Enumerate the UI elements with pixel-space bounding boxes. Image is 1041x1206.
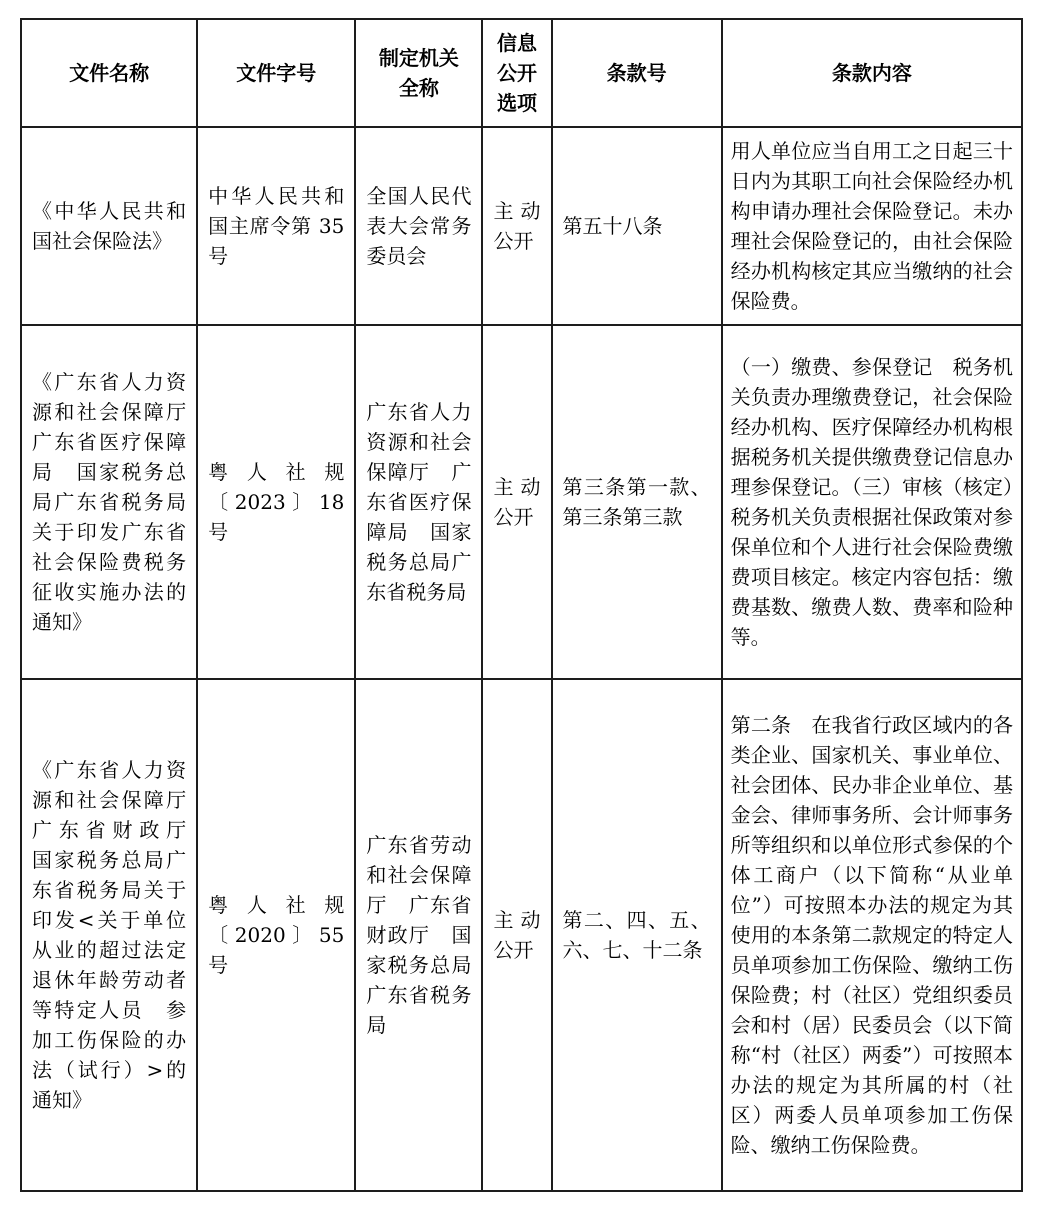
- table-row: 《中华人民共和国社会保险法》 中华人民共和国主席令第 35 号 全国人民代表大会…: [21, 127, 1022, 325]
- cell-clause-content: （一）缴费、参保登记 税务机关负责办理缴费登记，社会保险经办机构、医疗保障经办机…: [722, 325, 1022, 679]
- cell-disclosure-option: 主动公开: [482, 127, 551, 325]
- header-clause-content: 条款内容: [722, 19, 1022, 127]
- cell-clause-content: 第二条 在我省行政区域内的各类企业、国家机关、事业单位、社会团体、民办非企业单位…: [722, 679, 1022, 1191]
- cell-disclosure-option: 主动公开: [482, 679, 551, 1191]
- header-disclosure-option: 信息 公开 选项: [482, 19, 551, 127]
- regulation-table: 文件名称 文件字号 制定机关 全称 信息 公开 选项 条款号 条款内容 《中华人…: [20, 18, 1023, 1192]
- cell-file-name: 《广东省人力资源和社会保障厅 广东省财政厅 国家税务总局广东省税务局关于印发<关…: [21, 679, 197, 1191]
- header-file-name: 文件名称: [21, 19, 197, 127]
- cell-doc-number: 中华人民共和国主席令第 35 号: [197, 127, 355, 325]
- cell-authority: 广东省人力资源和社会保障厅 广东省医疗保障局 国家税务总局广东省税务局: [355, 325, 482, 679]
- cell-disclosure-option: 主动公开: [482, 325, 551, 679]
- cell-clause-number: 第五十八条: [552, 127, 722, 325]
- cell-clause-number: 第三条第一款、第三条第三款: [552, 325, 722, 679]
- cell-doc-number: 粤人社规〔2023〕18 号: [197, 325, 355, 679]
- cell-file-name: 《中华人民共和国社会保险法》: [21, 127, 197, 325]
- cell-file-name: 《广东省人力资源和社会保障厅 广东省医疗保障局 国家税务总局广东省税务局关于印发…: [21, 325, 197, 679]
- table-header-row: 文件名称 文件字号 制定机关 全称 信息 公开 选项 条款号 条款内容: [21, 19, 1022, 127]
- cell-clause-number: 第二、四、五、六、七、十二条: [552, 679, 722, 1191]
- cell-clause-content: 用人单位应当自用工之日起三十日内为其职工向社会保险经办机构申请办理社会保险登记。…: [722, 127, 1022, 325]
- header-authority: 制定机关 全称: [355, 19, 482, 127]
- cell-authority: 全国人民代表大会常务委员会: [355, 127, 482, 325]
- header-doc-number: 文件字号: [197, 19, 355, 127]
- cell-doc-number: 粤人社规〔2020〕55 号: [197, 679, 355, 1191]
- header-clause-number: 条款号: [552, 19, 722, 127]
- document-page: 文件名称 文件字号 制定机关 全称 信息 公开 选项 条款号 条款内容 《中华人…: [0, 0, 1041, 1206]
- table-row: 《广东省人力资源和社会保障厅 广东省医疗保障局 国家税务总局广东省税务局关于印发…: [21, 325, 1022, 679]
- cell-authority: 广东省劳动和社会保障厅 广东省财政厅 国家税务总局广东省税务局: [355, 679, 482, 1191]
- table-row: 《广东省人力资源和社会保障厅 广东省财政厅 国家税务总局广东省税务局关于印发<关…: [21, 679, 1022, 1191]
